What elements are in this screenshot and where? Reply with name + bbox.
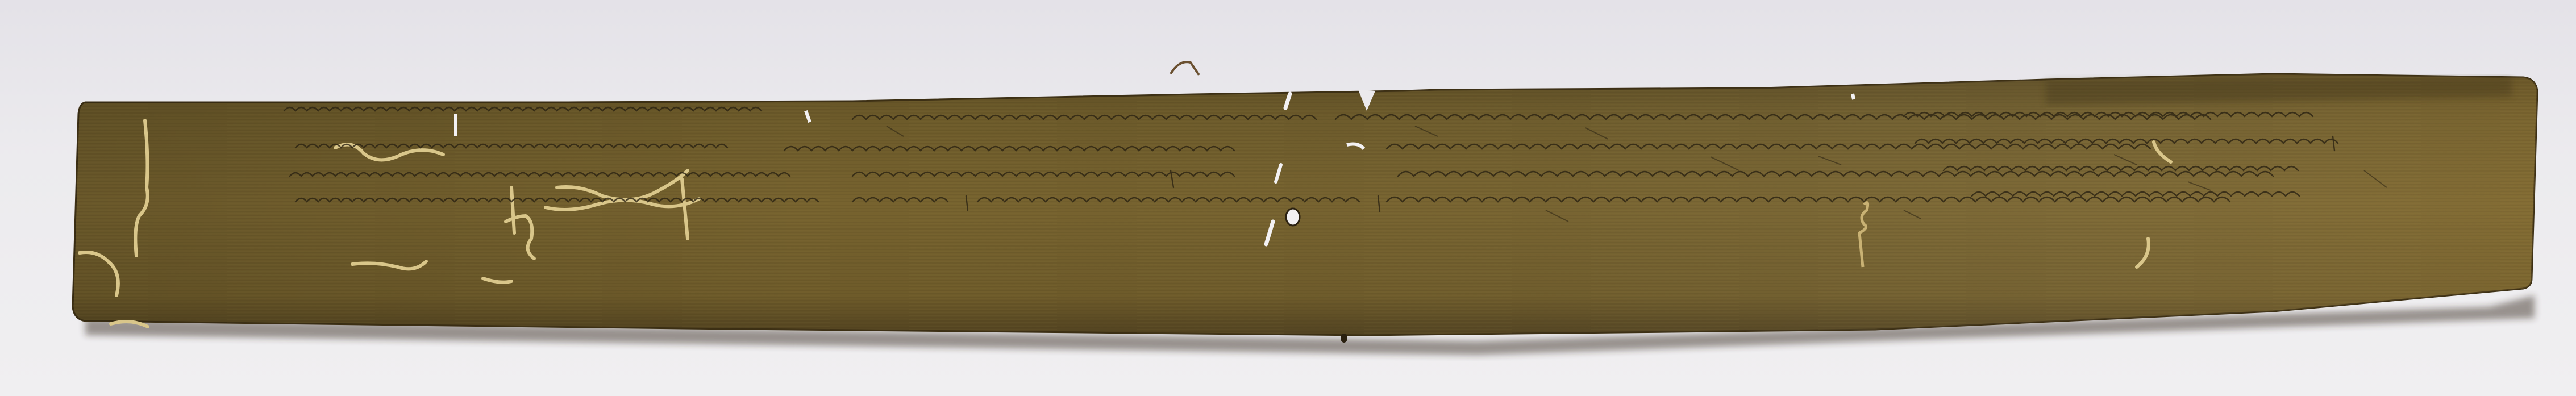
string-hole: [1286, 209, 1300, 226]
manuscript-photo: Palm-leaf manuscript: [0, 0, 2576, 396]
palm-leaf: [0, 0, 2576, 396]
